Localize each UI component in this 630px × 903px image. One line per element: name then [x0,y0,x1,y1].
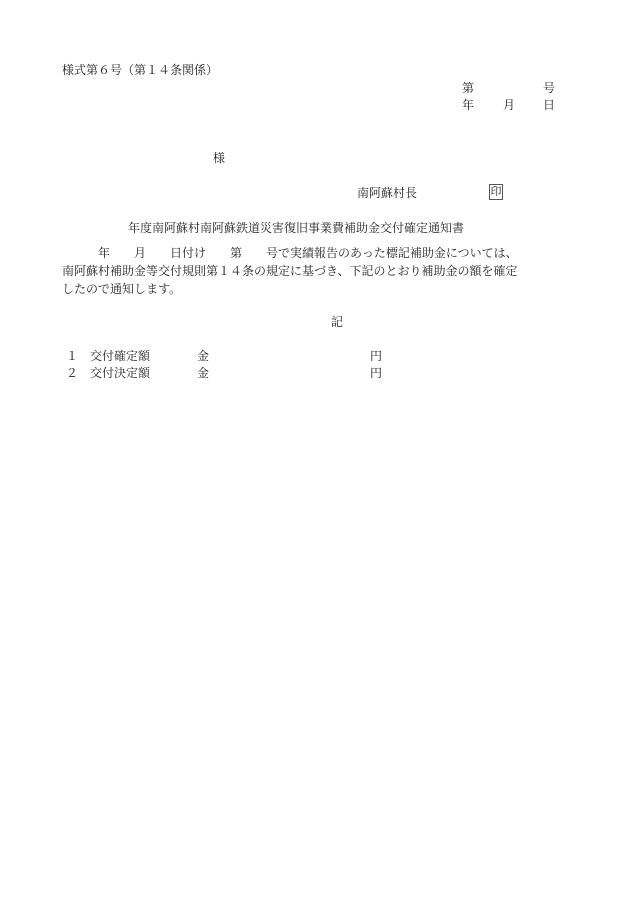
form-id: 様式第６号（第１４条関係） [62,64,218,76]
date-month: 月 [503,99,515,111]
item-prefix: 金 [197,367,209,379]
item-unit: 円 [370,367,382,379]
number-prefix: 第 [462,82,474,94]
document-body: 年 月 日付け 第 号で実績報告のあった標記補助金については、 南阿蘇村補助金等… [62,244,572,298]
item-label: 交付確定額 [90,350,150,362]
item-label: 交付決定額 [90,367,150,379]
item-prefix: 金 [197,350,209,362]
date-year: 年 [462,99,474,111]
document-title: 年度南阿蘇村南阿蘇鉄道災害復旧事業費補助金交付確定通知書 [128,222,464,234]
body-line: 年 月 日付け 第 号で実績報告のあった標記補助金については、 [62,244,572,262]
item-unit: 円 [370,350,382,362]
item-number: １ [66,350,78,362]
number-suffix: 号 [543,82,555,94]
addressee-honorific: 様 [213,152,225,164]
seal-mark: 印 [489,184,503,200]
item-number: ２ [66,367,78,379]
body-line: 南阿蘇村補助金等交付規則第１４条の規定に基づき、下記のとおり補助金の額を確定 [62,262,572,280]
body-line: したので通知します。 [62,280,572,298]
ki-heading: 記 [331,316,343,328]
date-day: 日 [543,99,555,111]
sender-title: 南阿蘇村長 [357,187,417,199]
